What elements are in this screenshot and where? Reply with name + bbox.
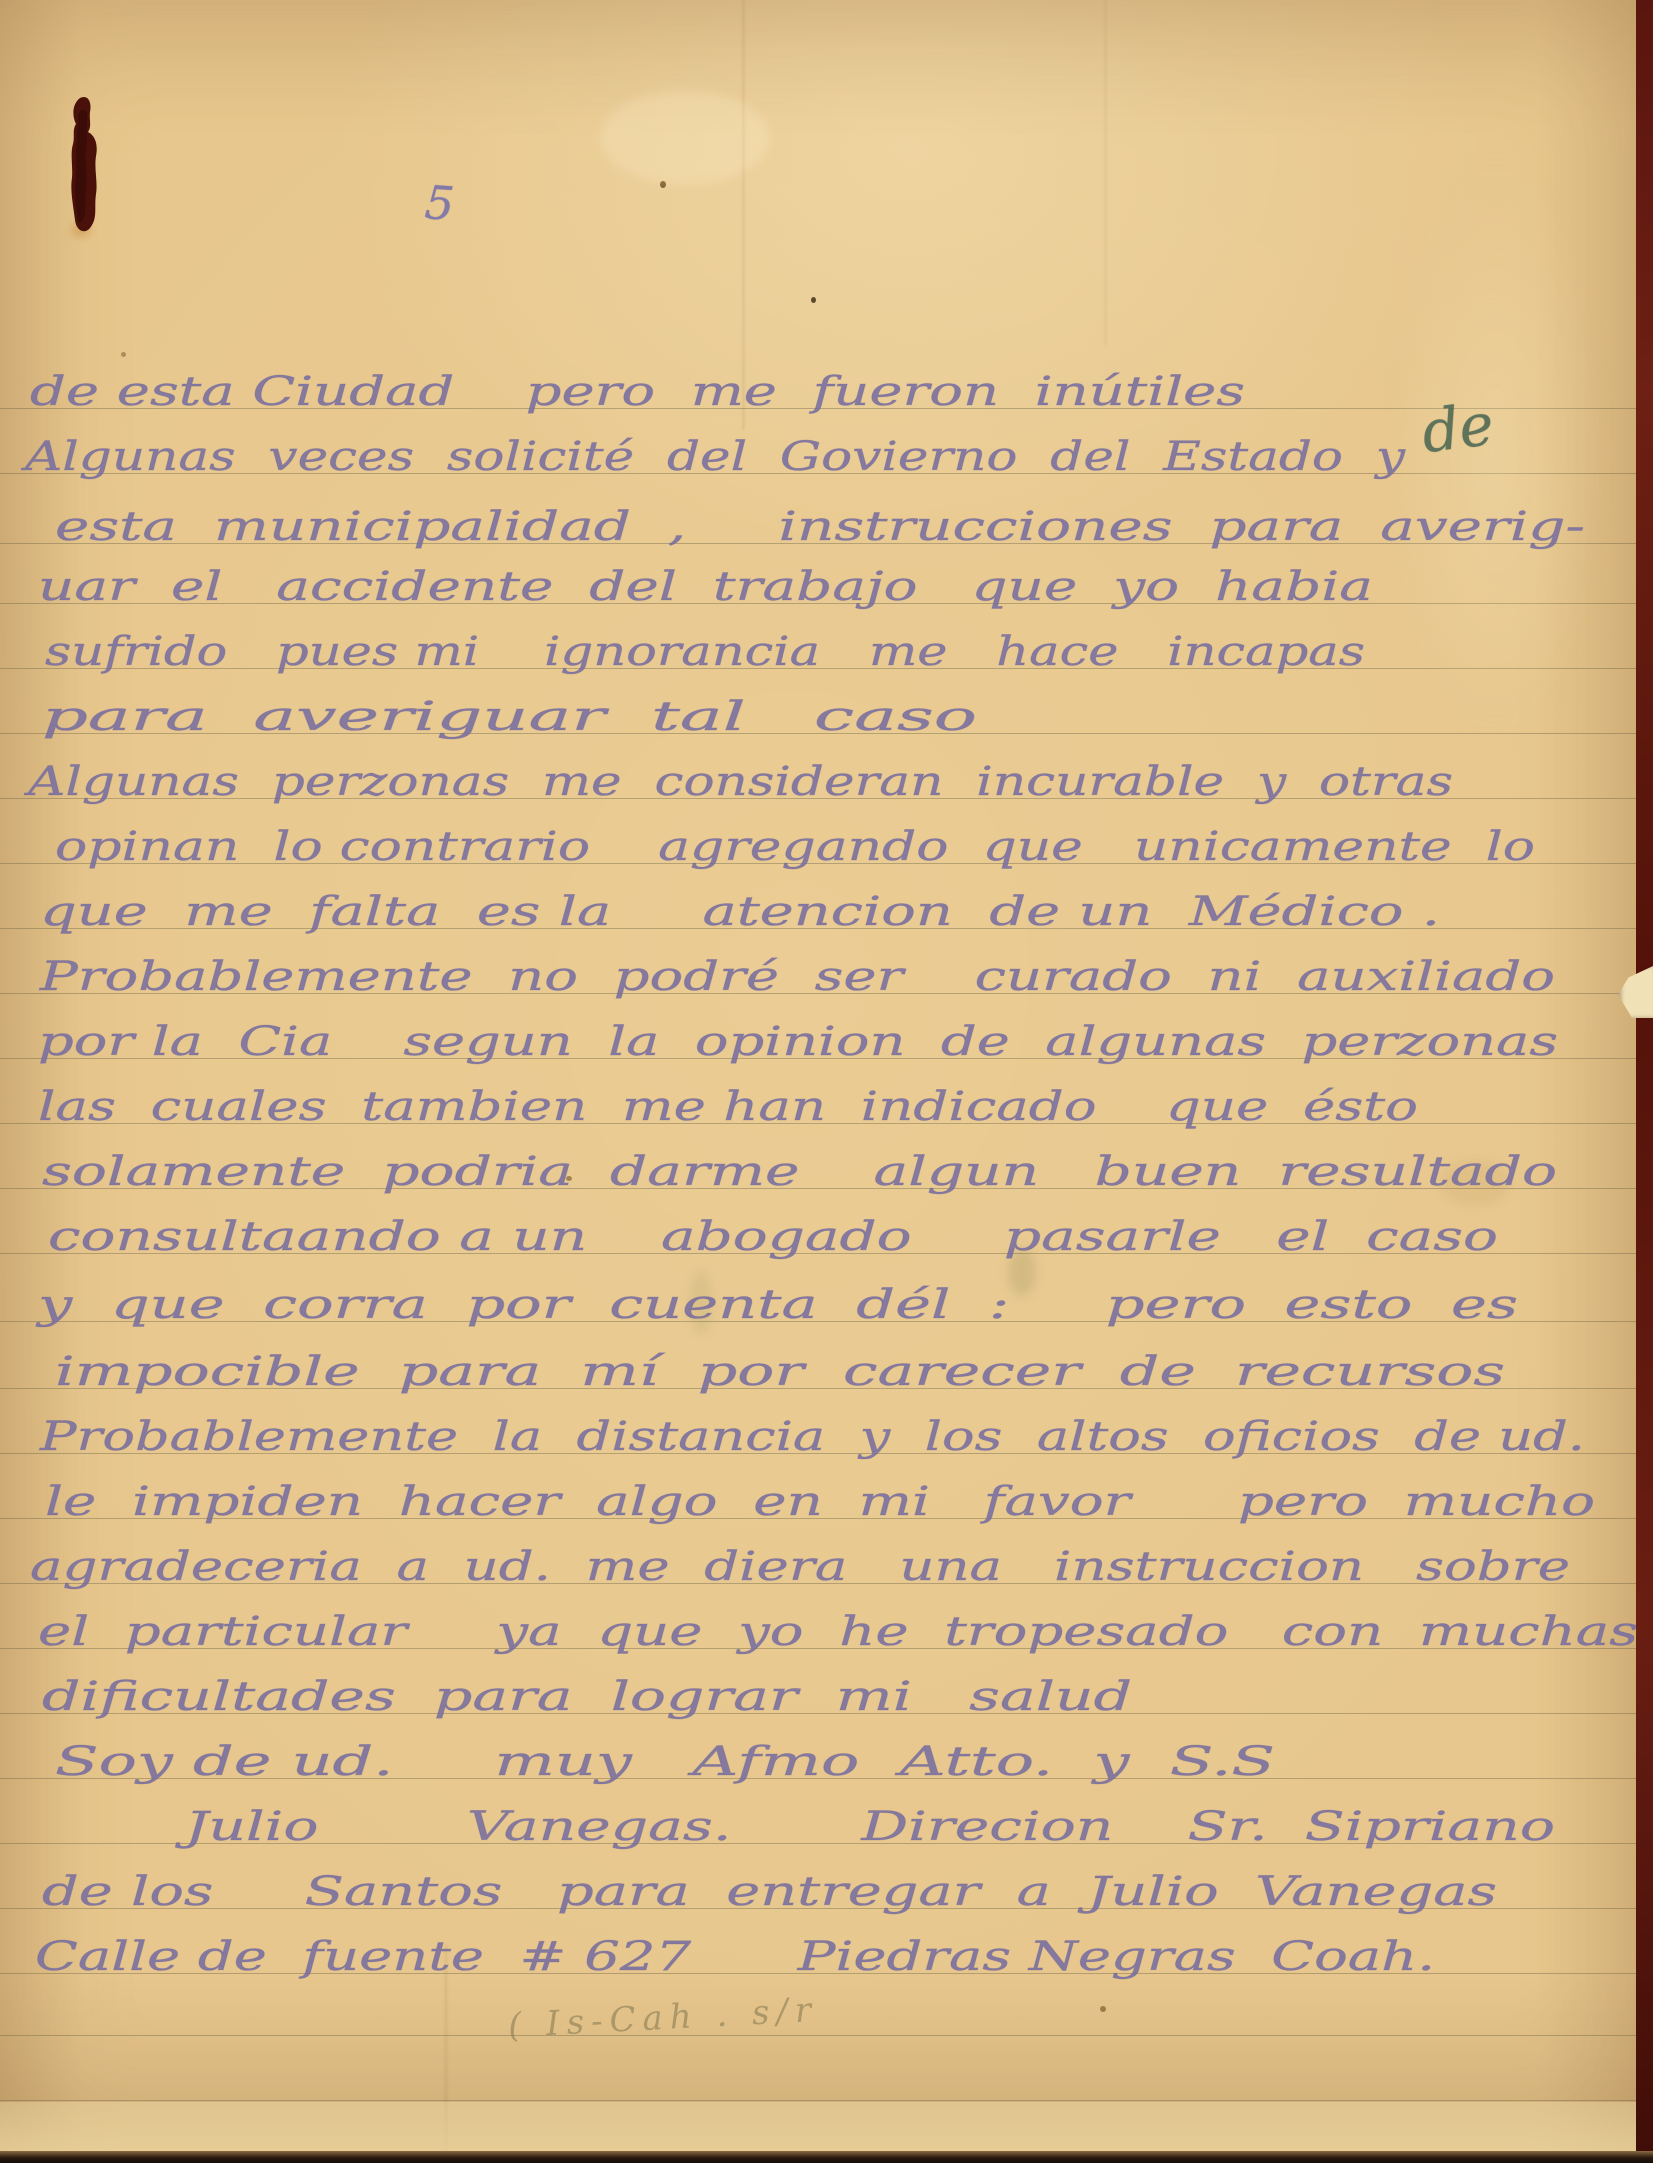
line-text: dificultades para lograr mi salud bbox=[42, 1674, 1132, 1720]
line-text: Probablemente la distancia y los altos o… bbox=[39, 1414, 1585, 1460]
handwritten-line: sufrido pues mi ignorancia me hace incap… bbox=[45, 619, 1405, 683]
under-sheet-edge bbox=[0, 2102, 1653, 2152]
handwritten-line: por la Cia segun la opinion de algunas p… bbox=[38, 1009, 1598, 1073]
line-text: sufrido pues mi ignorancia me hace incap… bbox=[45, 629, 1365, 675]
letter-sheet: 5 de esta Ciudad pero me fueron inútiles… bbox=[0, 0, 1653, 2163]
line-text: consultaando a un abogado pasarle el cas… bbox=[48, 1214, 1498, 1260]
handwritten-line: las cuales tambien me han indicado que é… bbox=[38, 1074, 1458, 1138]
paper-speck bbox=[1100, 2006, 1106, 2012]
handwritten-line: que me falta es la atencion de un Médico… bbox=[40, 879, 1480, 943]
line-text: Julio Vanegas. Direcion Sr. Sipriano bbox=[175, 1804, 1555, 1850]
handwritten-line: le impiden hacer algo en mi favor pero m… bbox=[45, 1469, 1635, 1533]
handwritten-line: consultaando a un abogado pasarle el cas… bbox=[48, 1204, 1538, 1268]
ruled-line bbox=[0, 2100, 1637, 2101]
paper-speck bbox=[811, 297, 816, 303]
handwritten-line: y que corra por cuenta dél : pero esto e… bbox=[38, 1272, 1558, 1336]
handwritten-line: Probablemente no podré ser curado ni aux… bbox=[40, 944, 1595, 1008]
handwritten-line: dificultades para lograr mi salud bbox=[42, 1664, 1172, 1728]
handwritten-line: agradeceria a ud. me diera una instrucci… bbox=[30, 1534, 1610, 1598]
line-text: impocible para mí por carecer de recurso… bbox=[55, 1349, 1505, 1395]
line-text: esta municipalidad , instrucciones para … bbox=[55, 504, 1585, 550]
line-text: por la Cia segun la opinion de algunas p… bbox=[38, 1019, 1558, 1065]
line-text: Soy de ud. muy Afmo Atto. y S.S bbox=[55, 1739, 1275, 1785]
line-text: que me falta es la atencion de un Médico… bbox=[40, 889, 1440, 935]
ink-insertion-de: de bbox=[1418, 390, 1497, 466]
line-text: le impiden hacer algo en mi favor pero m… bbox=[45, 1479, 1595, 1525]
line-text: el particular ya que yo he tropesado con… bbox=[38, 1609, 1638, 1655]
line-text: Calle de fuente # 627 Piedras Negras Coa… bbox=[35, 1934, 1435, 1980]
line-text: opinan lo contrario agregando que unicam… bbox=[55, 824, 1535, 870]
scan-bottom-edge bbox=[0, 2151, 1653, 2163]
line-text: de esta Ciudad pero me fueron inútiles bbox=[30, 369, 1245, 415]
handwritten-line: Julio Vanegas. Direcion Sr. Sipriano bbox=[185, 1794, 1595, 1858]
line-text: para averiguar tal caso bbox=[42, 694, 977, 740]
line-text: las cuales tambien me han indicado que é… bbox=[38, 1084, 1418, 1130]
line-text: Algunas perzonas me consideran incurable… bbox=[23, 759, 1453, 805]
line-text: solamente podria darme algun buen result… bbox=[42, 1149, 1557, 1195]
handwritten-line: el particular ya que yo he tropesado con… bbox=[38, 1599, 1653, 1663]
binding-edge bbox=[1636, 0, 1653, 2163]
paper-speck bbox=[121, 352, 126, 357]
handwritten-line: uar el accidente del trabajo que yo habi… bbox=[38, 554, 1413, 618]
line-text: uar el accidente del trabajo que yo habi… bbox=[38, 564, 1373, 610]
handwritten-line: Probablemente la distancia y los altos o… bbox=[40, 1404, 1625, 1468]
paper-smudge bbox=[600, 90, 770, 185]
line-text: Algunas veces solicité del Govierno del … bbox=[20, 434, 1407, 480]
ruled-line bbox=[0, 2035, 1637, 2036]
handwritten-line: Soy de ud. muy Afmo Atto. y S.S bbox=[55, 1729, 1315, 1793]
ink-blot bbox=[58, 90, 118, 250]
handwritten-line: Algunas perzonas me consideran incurable… bbox=[28, 749, 1493, 813]
paper-crease bbox=[1104, 0, 1107, 345]
handwritten-line: Algunas veces solicité del Govierno del … bbox=[25, 424, 1445, 488]
handwritten-line: opinan lo contrario agregando que unicam… bbox=[55, 814, 1575, 878]
handwritten-line: de los Santos para entregar a Julio Vane… bbox=[42, 1859, 1537, 1923]
handwritten-line: Calle de fuente # 627 Piedras Negras Coa… bbox=[35, 1924, 1475, 1988]
page-number: 5 bbox=[423, 175, 456, 231]
handwritten-line: esta municipalidad , instrucciones para … bbox=[55, 494, 1625, 558]
handwritten-line: para averiguar tal caso bbox=[42, 684, 1017, 748]
line-text: de los Santos para entregar a Julio Vane… bbox=[42, 1869, 1497, 1915]
line-text: Probablemente no podré ser curado ni aux… bbox=[39, 954, 1555, 1000]
handwritten-line: de esta Ciudad pero me fueron inútiles bbox=[30, 359, 1280, 423]
handwritten-line: impocible para mí por carecer de recurso… bbox=[55, 1339, 1545, 1403]
pencil-annotation: ( Is-Cah . s/r bbox=[507, 1990, 819, 2046]
line-text: y que corra por cuenta dél : pero esto e… bbox=[35, 1282, 1518, 1328]
line-text: agradeceria a ud. me diera una instrucci… bbox=[30, 1544, 1570, 1590]
handwritten-line: solamente podria darme algun buen result… bbox=[42, 1139, 1597, 1203]
